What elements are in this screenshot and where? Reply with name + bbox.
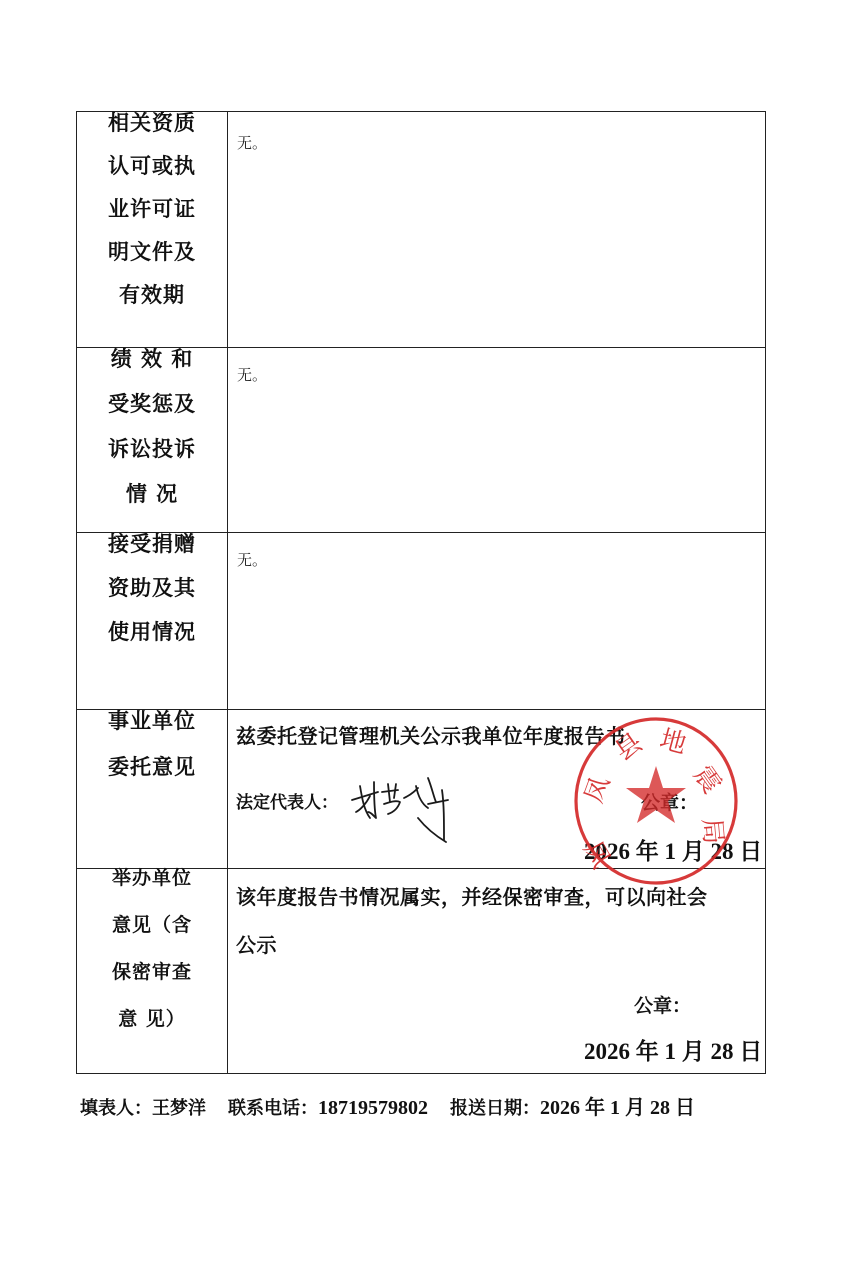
label-line: 情 况 xyxy=(77,483,227,504)
row-content: 该年度报告书情况属实，并经保密审查，可以向社会 公示 公章： 2026 年 1 … xyxy=(228,869,766,1074)
row-label: 绩 效 和 受奖惩及 诉讼投诉 情 况 xyxy=(77,348,228,533)
label-line: 明文件及 xyxy=(77,241,227,262)
label-line: 事业单位 xyxy=(77,710,227,731)
content-text: 无。 xyxy=(237,549,267,570)
label-line: 使用情况 xyxy=(77,621,227,642)
label-line: 受奖惩及 xyxy=(77,393,227,414)
table-row-qualifications: 相关资质 认可或执 业许可证 明文件及 有效期 无。 xyxy=(77,112,766,348)
label-line: 委托意见 xyxy=(77,756,227,777)
label-line: 举办单位 xyxy=(77,869,227,888)
phone-label: 联系电话： xyxy=(228,1094,318,1120)
sponsor-statement-line1: 该年度报告书情况属实，并经保密审查，可以向社会 xyxy=(236,881,708,910)
row-label: 事业单位 委托意见 xyxy=(77,710,228,869)
report-footer: 填表人：王梦洋联系电话：18719579802报送日期：2026 年 1 月 2… xyxy=(80,1091,695,1120)
row-content: 兹委托登记管理机关公示我单位年度报告书 法定代表人： xyxy=(228,710,766,869)
legal-representative-label: 法定代表人： xyxy=(236,788,338,813)
label-line: 业许可证 xyxy=(77,198,227,219)
entrustment-date: 2026 年 1 月 28 日 xyxy=(584,833,762,866)
submit-date: 2026 年 1 月 28 日 xyxy=(540,1091,695,1120)
content-text: 无。 xyxy=(237,364,267,385)
table-row-entrustment: 事业单位 委托意见 兹委托登记管理机关公示我单位年度报告书 法定代表人： xyxy=(77,710,766,869)
row-label: 相关资质 认可或执 业许可证 明文件及 有效期 xyxy=(77,112,228,348)
row-label: 接受捐赠 资助及其 使用情况 xyxy=(77,533,228,710)
table-row-performance: 绩 效 和 受奖惩及 诉讼投诉 情 况 无。 xyxy=(77,348,766,533)
row-content: 无。 xyxy=(228,112,766,348)
row-label: 举办单位 意见（含 保密审查 意 见） xyxy=(77,869,228,1074)
sponsor-date: 2026 年 1 月 28 日 xyxy=(584,1033,762,1066)
label-line: 意 见） xyxy=(77,1010,227,1029)
entrustment-statement: 兹委托登记管理机关公示我单位年度报告书 xyxy=(236,720,626,749)
row-content: 无。 xyxy=(228,348,766,533)
label-line: 诉讼投诉 xyxy=(77,438,227,459)
official-seal-label: 公章： xyxy=(634,991,691,1018)
annual-report-table: 相关资质 认可或执 业许可证 明文件及 有效期 无。 绩 效 和 受奖惩及 诉讼… xyxy=(76,111,766,1074)
filler-name: 王梦洋 xyxy=(152,1094,206,1120)
table-row-sponsor-opinion: 举办单位 意见（含 保密审查 意 见） 该年度报告书情况属实，并经保密审查，可以… xyxy=(77,869,766,1074)
label-line: 意见（含 xyxy=(77,916,227,935)
table-row-donations: 接受捐赠 资助及其 使用情况 无。 xyxy=(77,533,766,710)
label-line: 保密审查 xyxy=(77,963,227,982)
submit-date-label: 报送日期： xyxy=(450,1094,540,1120)
label-line: 相关资质 xyxy=(77,112,227,133)
label-line: 资助及其 xyxy=(77,577,227,598)
signature-image xyxy=(348,768,468,843)
annual-report-page: 相关资质 认可或执 业许可证 明文件及 有效期 无。 绩 效 和 受奖惩及 诉讼… xyxy=(0,0,845,1279)
official-seal-label: 公章： xyxy=(641,788,698,815)
label-line: 认可或执 xyxy=(77,155,227,176)
filler-label: 填表人： xyxy=(80,1094,152,1120)
label-line: 有效期 xyxy=(77,284,227,305)
row-content: 无。 xyxy=(228,533,766,710)
label-line: 绩 效 和 xyxy=(77,348,227,369)
sponsor-statement-line2: 公示 xyxy=(236,929,277,958)
label-line: 接受捐赠 xyxy=(77,533,227,554)
phone-number: 18719579802 xyxy=(318,1097,428,1120)
content-text: 无。 xyxy=(237,132,267,153)
